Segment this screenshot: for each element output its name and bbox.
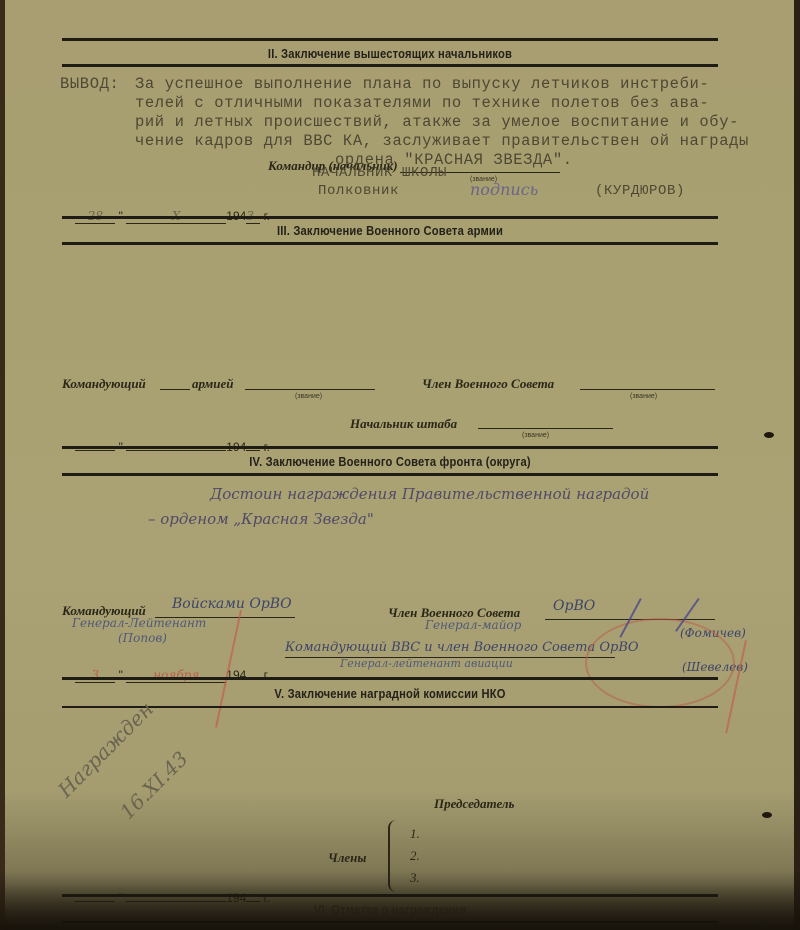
section4-top-rule <box>62 446 718 449</box>
section2-signature: подпись <box>470 180 538 199</box>
underline <box>160 389 190 390</box>
section2-title: II. Заключение вышестоящих начальников <box>108 46 672 61</box>
section2-rank: Полковник <box>318 182 399 201</box>
section4-title: IV. Заключение Военного Совета фронта (о… <box>108 454 672 469</box>
section4-commander-hand: Войсками ОрВО <box>172 596 292 612</box>
section6-bottom-rule <box>62 921 718 923</box>
underline <box>478 428 613 429</box>
section3-rank-hint: (звание) <box>295 393 322 400</box>
section4-vvs-rank: Генерал-лейтенант авиации <box>340 657 513 670</box>
section3-army-label: армией <box>192 376 234 392</box>
section4-date-month: ноября <box>126 668 226 683</box>
members-brace <box>388 820 398 892</box>
section2-top-rule <box>62 38 718 41</box>
section2-text-line-1: За успешное выполнение плана по выпуску … <box>135 75 709 94</box>
section2-name: (КУРДЮРОВ) <box>595 182 685 201</box>
section4-bottom-rule <box>62 473 718 476</box>
section2-text-line-2: телей с отличными показателями по техник… <box>135 94 709 113</box>
section6-top-rule <box>62 894 718 897</box>
section2-bottom-rule <box>62 64 718 67</box>
section4-date-day: 3 <box>75 668 115 683</box>
section4-council-member-rank: Генерал-майор <box>425 618 521 632</box>
section2-text-line-4: чение кадров для ВВС КА, заслуживает пра… <box>135 132 749 151</box>
section6-title: VI. Отметка о награждении <box>108 902 672 917</box>
underline <box>245 389 375 390</box>
page-edge-left <box>0 0 5 930</box>
section5-members-label: Члены <box>328 850 366 866</box>
section2-commander-position: НАЧАЛЬНИК ШКОЛЫ <box>312 164 447 183</box>
section3-bottom-rule <box>62 242 718 245</box>
section3-rank-hint-3: (звание) <box>522 432 549 439</box>
section4-handwritten-line-1: Достоин награждения Правительственной на… <box>210 485 649 503</box>
section4-commander-rank: Генерал-Лейтенант <box>72 616 206 630</box>
pencil-note-line-2: 16.XI.43 <box>115 746 193 824</box>
section4-council-member-hand: ОрВО <box>553 598 595 614</box>
member-number-2: 2. <box>410 848 420 864</box>
section3-commander-label: Командующий <box>62 376 146 392</box>
section3-rank-hint-2: (звание) <box>630 393 657 400</box>
section5-bottom-rule <box>62 706 718 708</box>
member-number-1: 1. <box>410 826 420 842</box>
section5-top-rule <box>62 677 718 680</box>
section3-top-rule <box>62 216 718 219</box>
date-month-blank <box>126 450 226 451</box>
member-number-3: 3. <box>410 870 420 886</box>
section5-chairman-label: Председатель <box>434 796 515 812</box>
page-edge-right <box>794 0 800 930</box>
paper-hole <box>764 432 774 438</box>
section3-council-member-label: Член Военного Совета <box>422 376 554 392</box>
paper-hole <box>762 812 772 818</box>
date-day-blank <box>75 450 115 451</box>
section2-text-line-3: рий и летных происшествий, атакже за уме… <box>135 113 739 132</box>
section4-commander-name: (Попов) <box>118 631 167 645</box>
section3-chief-of-staff-label: Начальник штаба <box>350 416 457 432</box>
date-year-blank <box>246 450 260 451</box>
award-sheet-page: II. Заключение вышестоящих начальников В… <box>0 0 800 930</box>
underline <box>580 389 715 390</box>
section2-prefix: ВЫВОД: <box>60 75 119 94</box>
section3-title: III. Заключение Военного Совета армии <box>108 223 672 238</box>
section4-handwritten-line-2: – орденом „Красная Звезда" <box>148 510 374 528</box>
section4-vvs-line: Командующий ВВС и член Военного Совета О… <box>285 640 639 655</box>
section5-title: V. Заключение наградной комиссии НКО <box>108 686 672 701</box>
